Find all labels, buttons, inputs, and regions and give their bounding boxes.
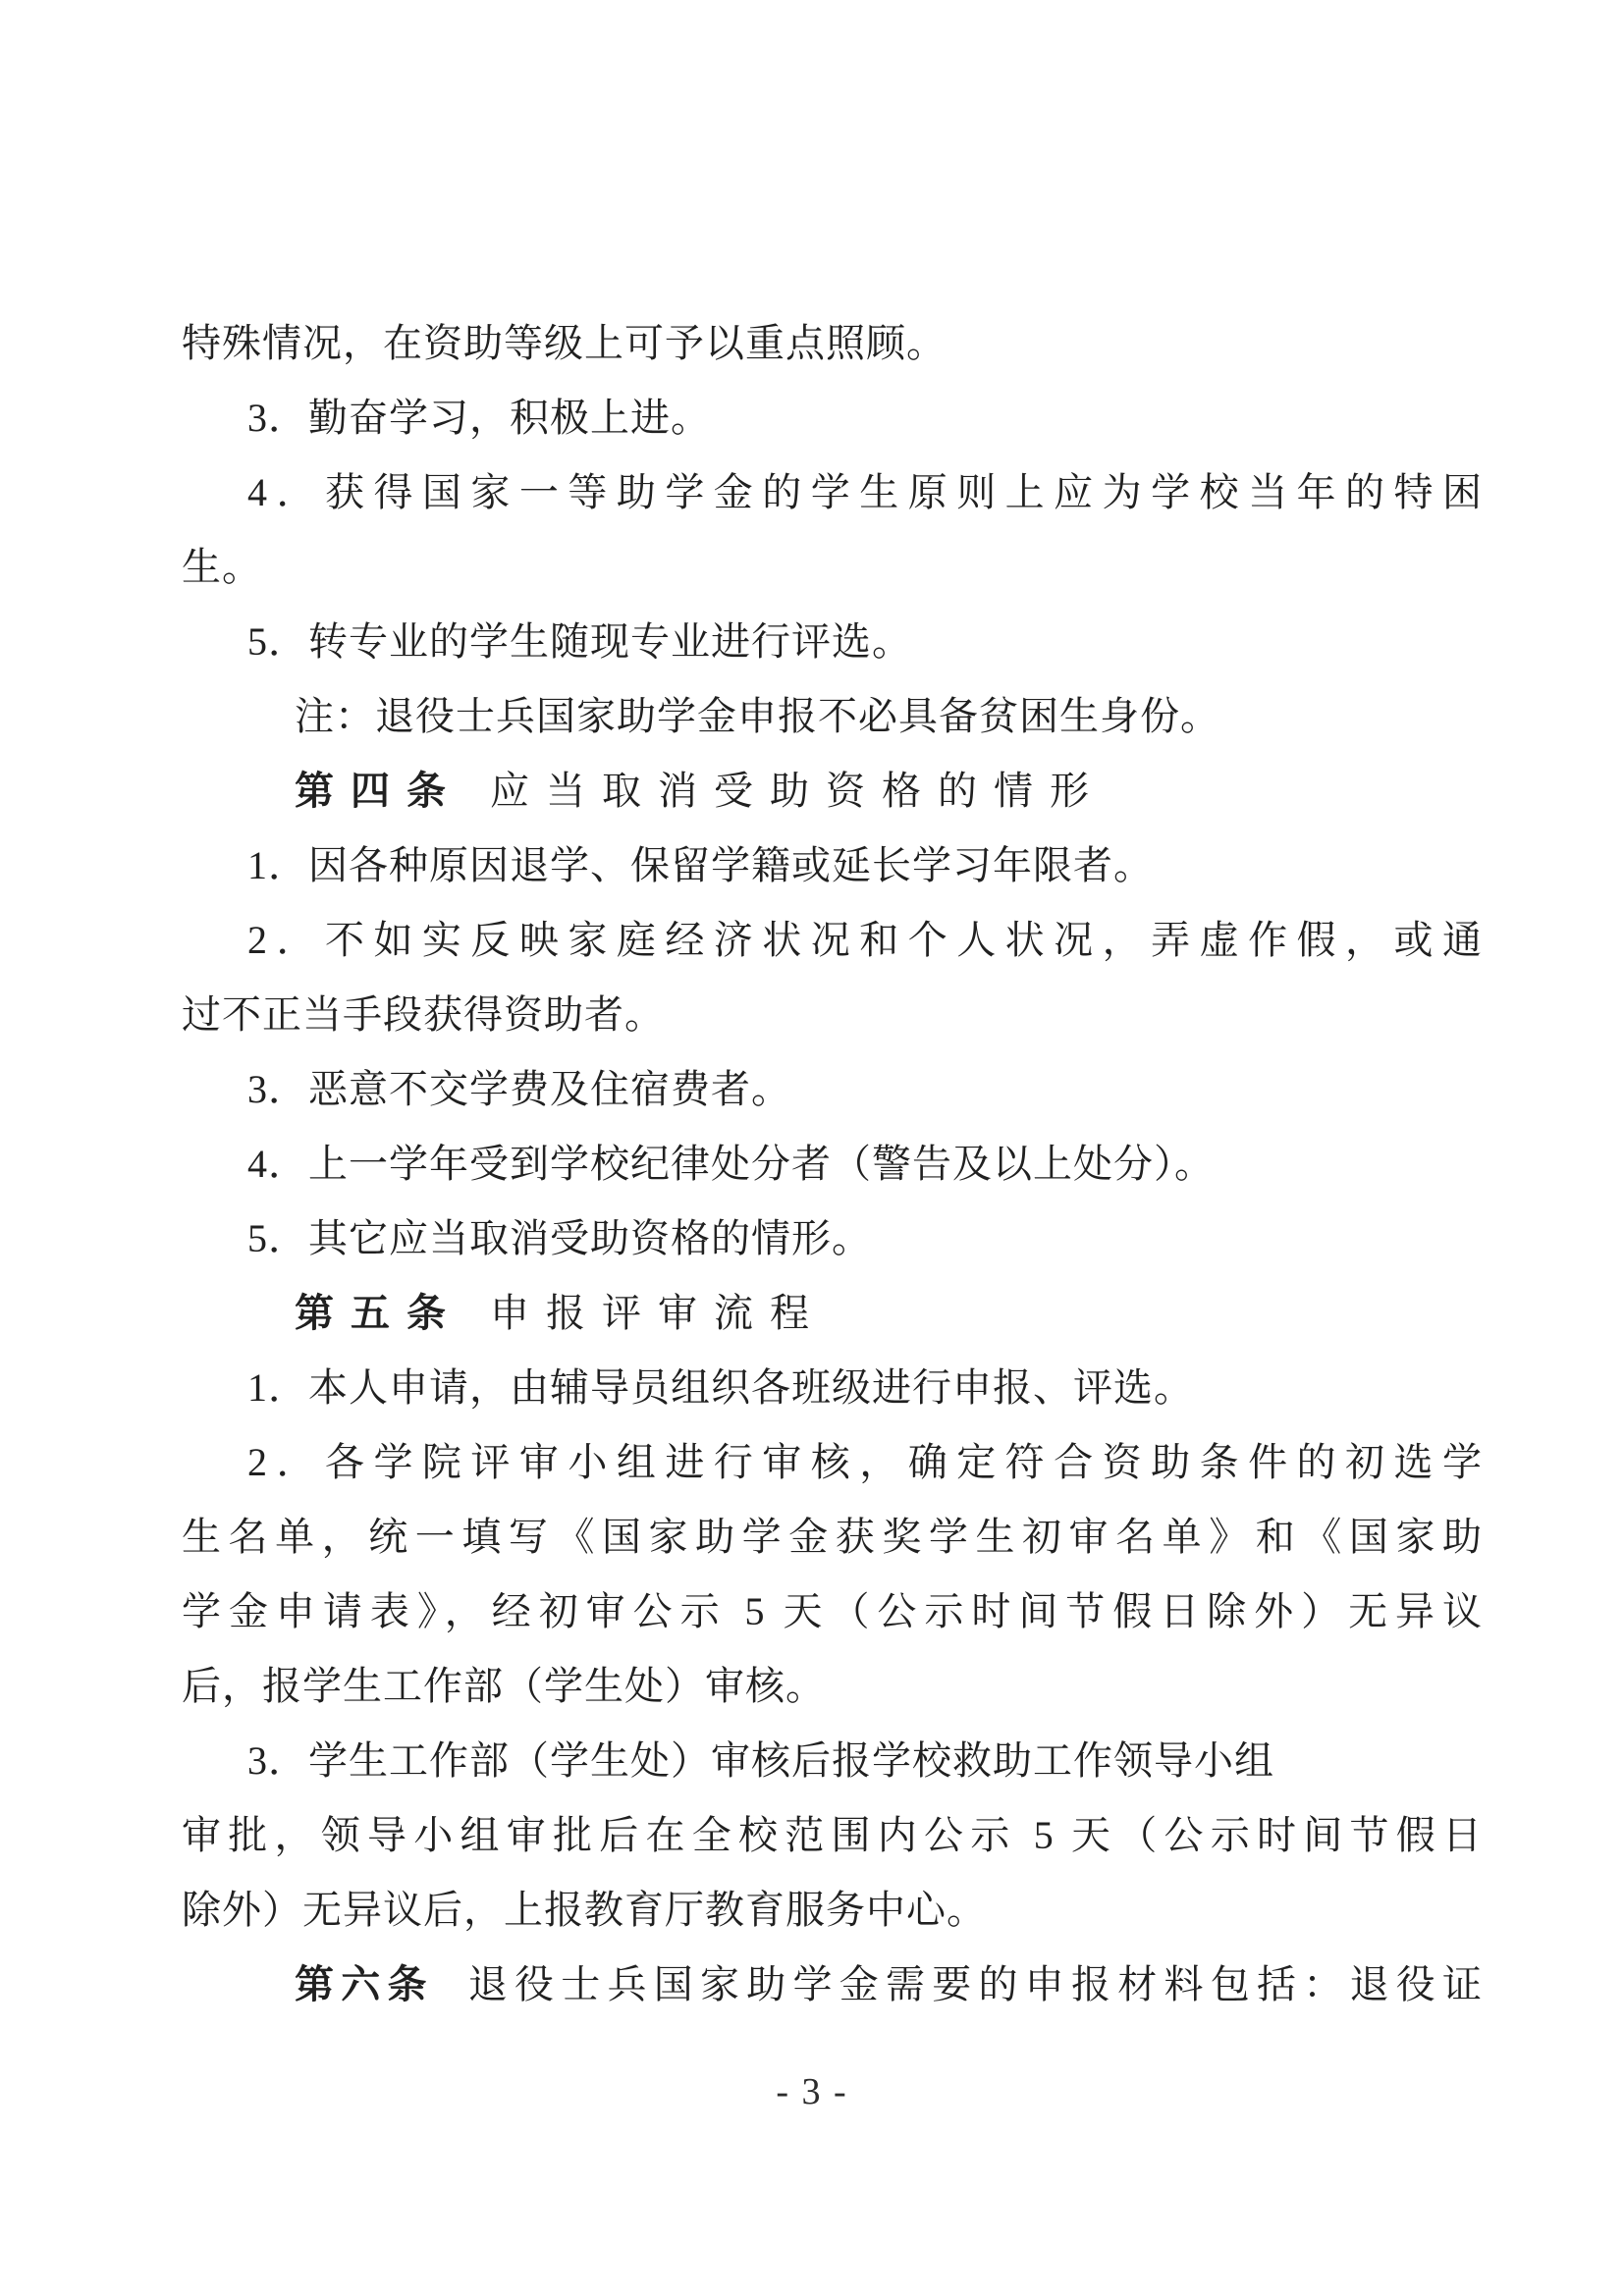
article-number-bold: 第四条 (295, 770, 462, 813)
text-line: 过不正当手段获得资助者。 (182, 978, 1483, 1052)
text-line: 1．因各种原因退学、保留学籍或延长学习年限者。 (182, 828, 1483, 903)
line-text: 过不正当手段获得资助者。 (182, 992, 665, 1037)
line-text: 除外）无异议后，上报教育厅教育服务中心。 (182, 1888, 987, 1932)
line-text: 申报评审流程 (490, 1291, 826, 1335)
article-heading: 第四条应当取消受助资格的情形 (182, 754, 1483, 828)
article-heading: 第六条退役士兵国家助学金需要的申报材料包括：退役证 (182, 1948, 1483, 2022)
line-text: 退役士兵国家助学金需要的申报材料包括：退役证 (468, 1962, 1483, 2006)
line-text: 生名单，统一填写《国家助学金获奖学生初审名单》和《国家助 (182, 1515, 1483, 1559)
text-line: 除外）无异议后，上报教育厅教育服务中心。 (182, 1873, 1483, 1948)
text-line: 审批，领导小组审批后在全校范围内公示 5 天（公示时间节假日 (182, 1798, 1483, 1873)
text-line: 3．恶意不交学费及住宿费者。 (182, 1052, 1483, 1127)
text-line: 2．各学院评审小组进行审核，确定符合资助条件的初选学 (182, 1425, 1483, 1500)
text-line: 2．不如实反映家庭经济状况和个人状况，弄虚作假，或通 (182, 903, 1483, 978)
text-line: 注：退役士兵国家助学金申报不必具备贫困生身份。 (182, 679, 1483, 754)
text-line: 生名单，统一填写《国家助学金获奖学生初审名单》和《国家助 (182, 1500, 1483, 1575)
text-line: 4．上一学年受到学校纪律处分者（警告及以上处分）。 (182, 1127, 1483, 1201)
article-number-bold: 第六条 (295, 1963, 434, 2006)
text-line: 生。 (182, 530, 1483, 605)
line-text: 5．转专业的学生随现专业进行评选。 (247, 619, 912, 664)
text-line: 4．获得国家一等助学金的学生原则上应为学校当年的特困 (182, 455, 1483, 530)
text-column: 特殊情况，在资助等级上可予以重点照顾。 3．勤奋学习，积极上进。 4．获得国家一… (182, 306, 1483, 2022)
line-text: 生。 (182, 545, 262, 589)
line-text: 3．学生工作部（学生处）审核后报学校救助工作领导小组 (247, 1738, 1274, 1783)
line-text: 5．其它应当取消受助资格的情形。 (247, 1216, 872, 1260)
line-text: 1．因各种原因退学、保留学籍或延长学习年限者。 (247, 843, 1154, 887)
line-text: 4．上一学年受到学校纪律处分者（警告及以上处分）。 (247, 1142, 1215, 1186)
text-line: 5．其它应当取消受助资格的情形。 (182, 1201, 1483, 1276)
text-line: 学金申请表》，经初审公示 5 天（公示时间节假日除外）无异议 (182, 1575, 1483, 1649)
line-text: 4．获得国家一等助学金的学生原则上应为学校当年的特困 (247, 470, 1483, 514)
text-line: 特殊情况，在资助等级上可予以重点照顾。 (182, 306, 1483, 381)
line-text: 后，报学生工作部（学生处）审核。 (182, 1664, 826, 1708)
document-page: 特殊情况，在资助等级上可予以重点照顾。 3．勤奋学习，积极上进。 4．获得国家一… (0, 0, 1624, 2296)
article-number-bold: 第五条 (295, 1292, 462, 1335)
line-text: 3．勤奋学习，积极上进。 (247, 396, 711, 440)
text-line: 1．本人申请，由辅导员组织各班级进行申报、评选。 (182, 1351, 1483, 1425)
line-text: 1．本人申请，由辅导员组织各班级进行申报、评选。 (247, 1365, 1194, 1410)
page-number: - 3 - (0, 2057, 1624, 2126)
line-text: 特殊情况，在资助等级上可予以重点照顾。 (182, 321, 947, 365)
line-text: 应当取消受助资格的情形 (490, 769, 1106, 813)
text-line: 3．勤奋学习，积极上进。 (182, 381, 1483, 455)
line-text: 2．不如实反映家庭经济状况和个人状况，弄虚作假，或通 (247, 918, 1483, 962)
text-line: 5．转专业的学生随现专业进行评选。 (182, 605, 1483, 679)
line-text: 学金申请表》，经初审公示 5 天（公示时间节假日除外）无异议 (182, 1589, 1483, 1633)
line-text: 2．各学院评审小组进行审核，确定符合资助条件的初选学 (247, 1440, 1483, 1484)
text-line: 3．学生工作部（学生处）审核后报学校救助工作领导小组 (182, 1724, 1483, 1798)
article-heading: 第五条申报评审流程 (182, 1276, 1483, 1351)
text-line: 后，报学生工作部（学生处）审核。 (182, 1649, 1483, 1724)
line-text: 审批，领导小组审批后在全校范围内公示 5 天（公示时间节假日 (182, 1813, 1483, 1857)
line-text: 注：退役士兵国家助学金申报不必具备贫困生身份。 (295, 694, 1220, 738)
line-text: 3．恶意不交学费及住宿费者。 (247, 1067, 791, 1111)
